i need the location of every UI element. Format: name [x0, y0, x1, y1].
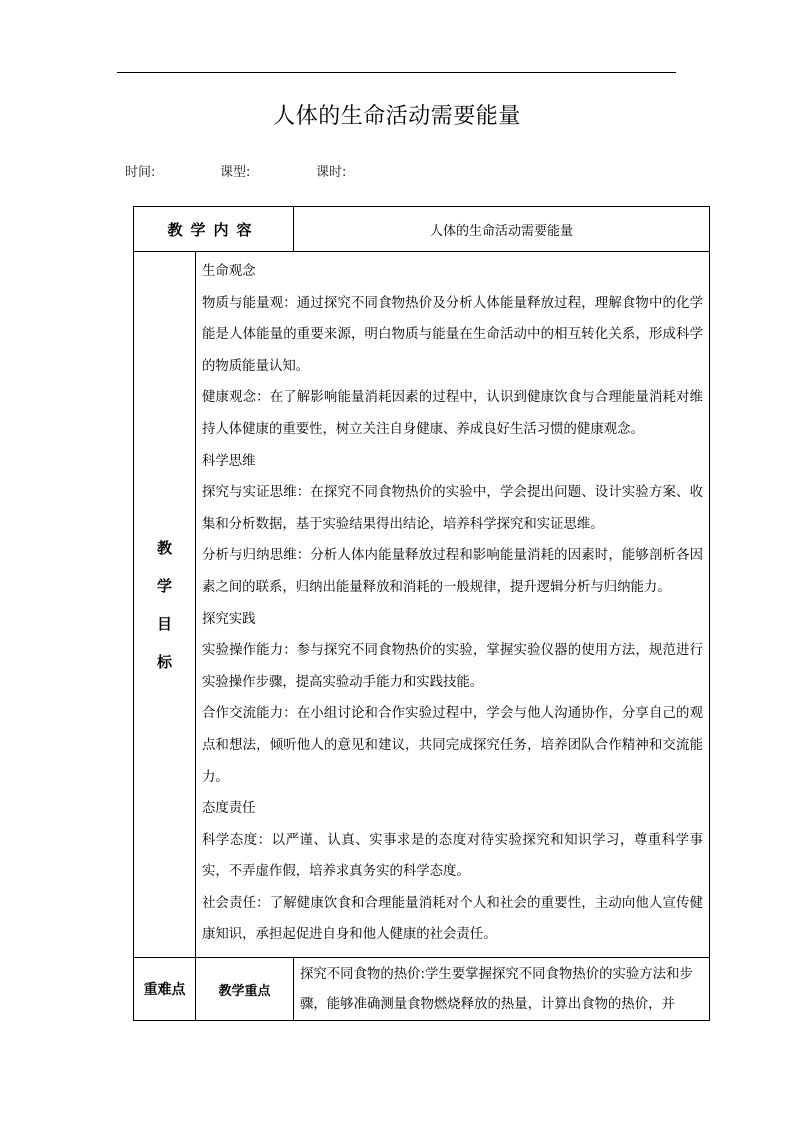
goal-item: 物质与能量观：通过探究不同食物热价及分析人体能量释放过程，理解食物中的化学能是人…: [202, 288, 703, 383]
goals-label-char: 目: [134, 605, 195, 643]
teaching-focus-label-cell: 教学重点: [196, 958, 294, 1021]
time-label: 时间:: [125, 164, 155, 182]
goal-item: 科学态度：以严谨、认真、实事求是的态度对待实验探究和知识学习，尊重科学事实，不弄…: [202, 825, 703, 888]
content-label-cell: 教学内容: [134, 207, 294, 252]
teaching-focus-content-cell: 探究不同食物的热价:学生要掌握探究不同食物热价的实验方法和步骤，能够准确测量食物…: [294, 958, 710, 1021]
goal-item: 合作交流能力：在小组讨论和合作实验过程中，学会与他人沟通协作，分享自己的观点和想…: [202, 698, 703, 793]
goals-label-char: 标: [134, 643, 195, 681]
section-heading-life-concept: 生命观念: [202, 256, 703, 288]
content-row: 教学内容 人体的生命活动需要能量: [134, 207, 710, 252]
header-rule: [117, 72, 676, 73]
class-period-label: 课时:: [316, 164, 346, 182]
content-label: 教学内容: [168, 221, 260, 239]
goals-row: 教 学 目 标 生命观念 物质与能量观：通过探究不同食物热价及分析人体能量释放过…: [134, 252, 710, 958]
section-heading-scientific-thinking: 科学思维: [202, 446, 703, 478]
goal-item: 分析与归纳思维：分析人体内能量释放过程和影响能量消耗的因素时，能够剖析各因素之间…: [202, 540, 703, 603]
goal-item: 社会责任：了解健康饮食和合理能量消耗对个人和社会的重要性，主动向他人宣传健康知识…: [202, 888, 703, 951]
goals-content-cell: 生命观念 物质与能量观：通过探究不同食物热价及分析人体能量释放过程，理解食物中的…: [196, 252, 710, 958]
goal-item: 健康观念：在了解影响能量消耗因素的过程中，认识到健康饮食与合理能量消耗对维持人体…: [202, 382, 703, 445]
teaching-focus-label: 教学重点: [219, 984, 271, 999]
key-difficult-label: 重难点: [144, 982, 186, 998]
document-title: 人体的生命活动需要能量: [0, 102, 794, 132]
goals-label-cell: 教 学 目 标: [134, 252, 196, 958]
goals-label-char: 学: [134, 567, 195, 605]
section-heading-attitude-responsibility: 态度责任: [202, 793, 703, 825]
goal-item: 实验操作能力：参与探究不同食物热价的实验，掌握实验仪器的使用方法，规范进行实验操…: [202, 635, 703, 698]
goal-item: 探究与实证思维：在探究不同食物热价的实验中，学会提出问题、设计实验方案、收集和分…: [202, 477, 703, 540]
section-heading-inquiry-practice: 探究实践: [202, 604, 703, 636]
goals-label-char: 教: [134, 529, 195, 567]
content-value: 人体的生命活动需要能量: [430, 224, 573, 239]
content-value-cell: 人体的生命活动需要能量: [294, 207, 710, 252]
key-difficult-label-cell: 重难点: [134, 958, 196, 1021]
key-points-row: 重难点 教学重点 探究不同食物的热价:学生要掌握探究不同食物热价的实验方法和步骤…: [134, 958, 710, 1021]
teaching-focus-text: 探究不同食物的热价:学生要掌握探究不同食物热价的实验方法和步骤，能够准确测量食物…: [300, 967, 693, 1012]
lesson-type-label: 课型:: [220, 164, 250, 182]
lesson-plan-table: 教学内容 人体的生命活动需要能量 教 学 目 标 生命观念 物质与能量观：通过探…: [133, 206, 710, 1021]
